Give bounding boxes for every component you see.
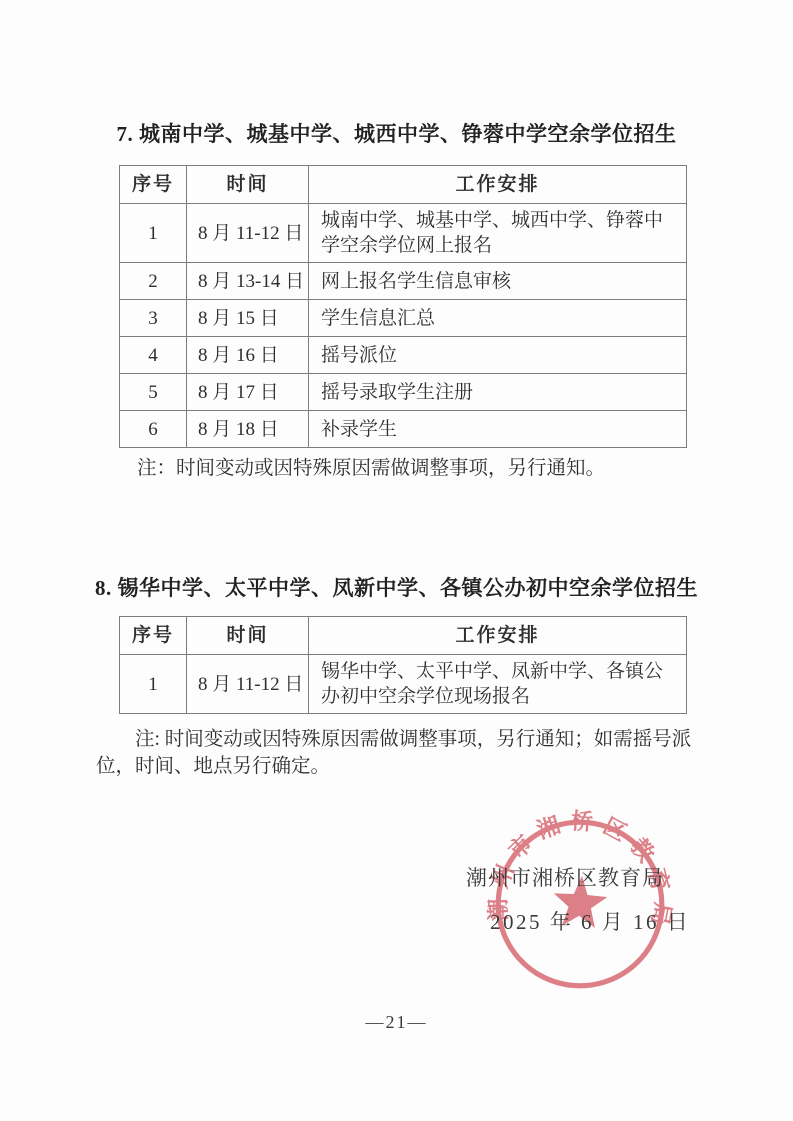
official-seal-stamp-icon: 潮州市湘桥区教育局 [480,804,681,1005]
cell-task: 摇号录取学生注册 [309,374,687,411]
table-row: 6 8 月 18 日 补录学生 [120,411,687,448]
cell-seq: 6 [120,411,187,448]
column-header-task: 工作安排 [309,166,687,204]
cell-seq: 2 [120,263,187,300]
issuer-name: 潮州市湘桥区教育局 [466,862,664,892]
section7-note: 注：时间变动或因特殊原因需做调整事项，另行通知。 [137,455,605,482]
table-row: 3 8 月 15 日 学生信息汇总 [120,300,687,337]
cell-task: 锡华中学、太平中学、凤新中学、各镇公办初中空余学位现场报名 [309,655,687,714]
cell-task: 摇号派位 [309,337,687,374]
cell-seq: 4 [120,337,187,374]
issue-date: 2025 年 6 月 16 日 [490,906,690,936]
document-page: 7. 城南中学、城基中学、城西中学、铮蓉中学空余学位招生 序号 时间 工作安排 … [0,0,793,1121]
cell-time: 8 月 13-14 日 [187,263,309,300]
section7-schedule-table: 序号 时间 工作安排 1 8 月 11-12 日 城南中学、城基中学、城西中学、… [119,165,687,448]
section8-schedule-table: 序号 时间 工作安排 1 8 月 11-12 日 锡华中学、太平中学、凤新中学、… [119,616,687,714]
section8-title: 8. 锡华中学、太平中学、凤新中学、各镇公办初中空余学位招生 [0,572,793,602]
column-header-task: 工作安排 [309,617,687,655]
cell-time: 8 月 11-12 日 [187,655,309,714]
cell-time: 8 月 11-12 日 [187,204,309,263]
column-header-time: 时间 [187,166,309,204]
table-row: 2 8 月 13-14 日 网上报名学生信息审核 [120,263,687,300]
table-header-row: 序号 时间 工作安排 [120,617,687,655]
column-header-seq: 序号 [120,617,187,655]
column-header-time: 时间 [187,617,309,655]
cell-time: 8 月 17 日 [187,374,309,411]
cell-time: 8 月 15 日 [187,300,309,337]
cell-seq: 5 [120,374,187,411]
cell-seq: 1 [120,204,187,263]
page-number: —21— [0,1012,793,1033]
table-row: 1 8 月 11-12 日 城南中学、城基中学、城西中学、铮蓉中学空余学位网上报… [120,204,687,263]
column-header-seq: 序号 [120,166,187,204]
table-row: 5 8 月 17 日 摇号录取学生注册 [120,374,687,411]
section8-note: 注: 时间变动或因特殊原因需做调整事项，另行通知；如需摇号派位，时间、地点另行确… [96,726,702,780]
table-row: 4 8 月 16 日 摇号派位 [120,337,687,374]
section7-title: 7. 城南中学、城基中学、城西中学、铮蓉中学空余学位招生 [0,118,793,148]
table-header-row: 序号 时间 工作安排 [120,166,687,204]
cell-time: 8 月 16 日 [187,337,309,374]
cell-seq: 1 [120,655,187,714]
table-row: 1 8 月 11-12 日 锡华中学、太平中学、凤新中学、各镇公办初中空余学位现… [120,655,687,714]
cell-seq: 3 [120,300,187,337]
cell-task: 城南中学、城基中学、城西中学、铮蓉中学空余学位网上报名 [309,204,687,263]
cell-task: 补录学生 [309,411,687,448]
cell-task: 学生信息汇总 [309,300,687,337]
cell-time: 8 月 18 日 [187,411,309,448]
cell-task: 网上报名学生信息审核 [309,263,687,300]
